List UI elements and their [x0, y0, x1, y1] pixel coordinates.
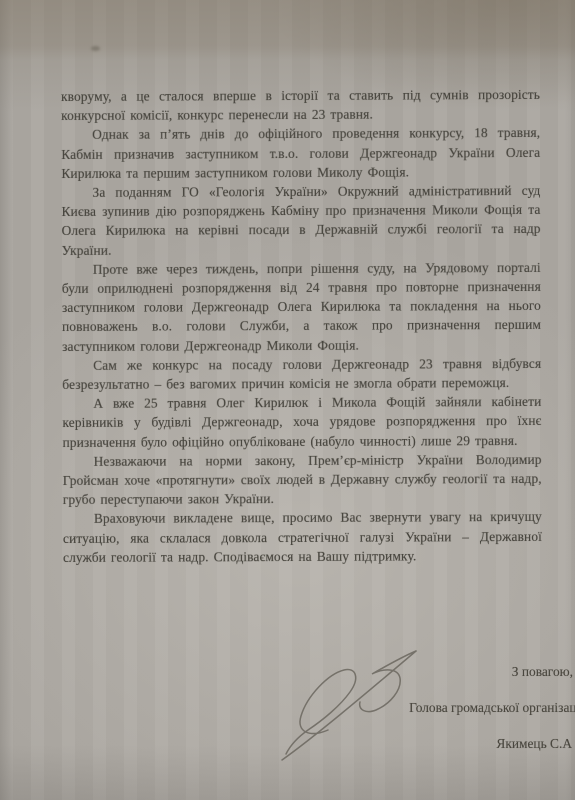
closing-salutation: З повагою,: [512, 664, 573, 680]
signer-name: Якимець С.А: [496, 736, 572, 752]
paragraph: А вже 25 травня Олег Кирилюк і Микола Фо…: [62, 392, 541, 452]
scan-speck: [91, 46, 100, 51]
paragraph: Сам же конкурс на посаду голови Держгеон…: [62, 354, 541, 394]
paragraph: Враховуючи викладене вище, просимо Вас з…: [63, 507, 542, 567]
handwritten-signature-icon: [268, 638, 430, 770]
paragraph-continuation: кворуму, а це сталося вперше в історії т…: [61, 85, 540, 125]
paragraph: За поданням ГО «Геологія України» Окружн…: [61, 181, 540, 260]
scanned-letter-page: кворуму, а це сталося вперше в історії т…: [0, 0, 575, 800]
paragraph: Однак за п’ять днів до офіційного провед…: [61, 123, 540, 183]
paragraph: Проте вже через тиждень, попри рішення с…: [62, 258, 541, 356]
signer-title: Голова громадської організації: [409, 700, 575, 716]
letter-body: кворуму, а це сталося вперше в історії т…: [61, 85, 542, 567]
paragraph: Незважаючи на норми закону, Прем’єр-міні…: [63, 450, 542, 510]
